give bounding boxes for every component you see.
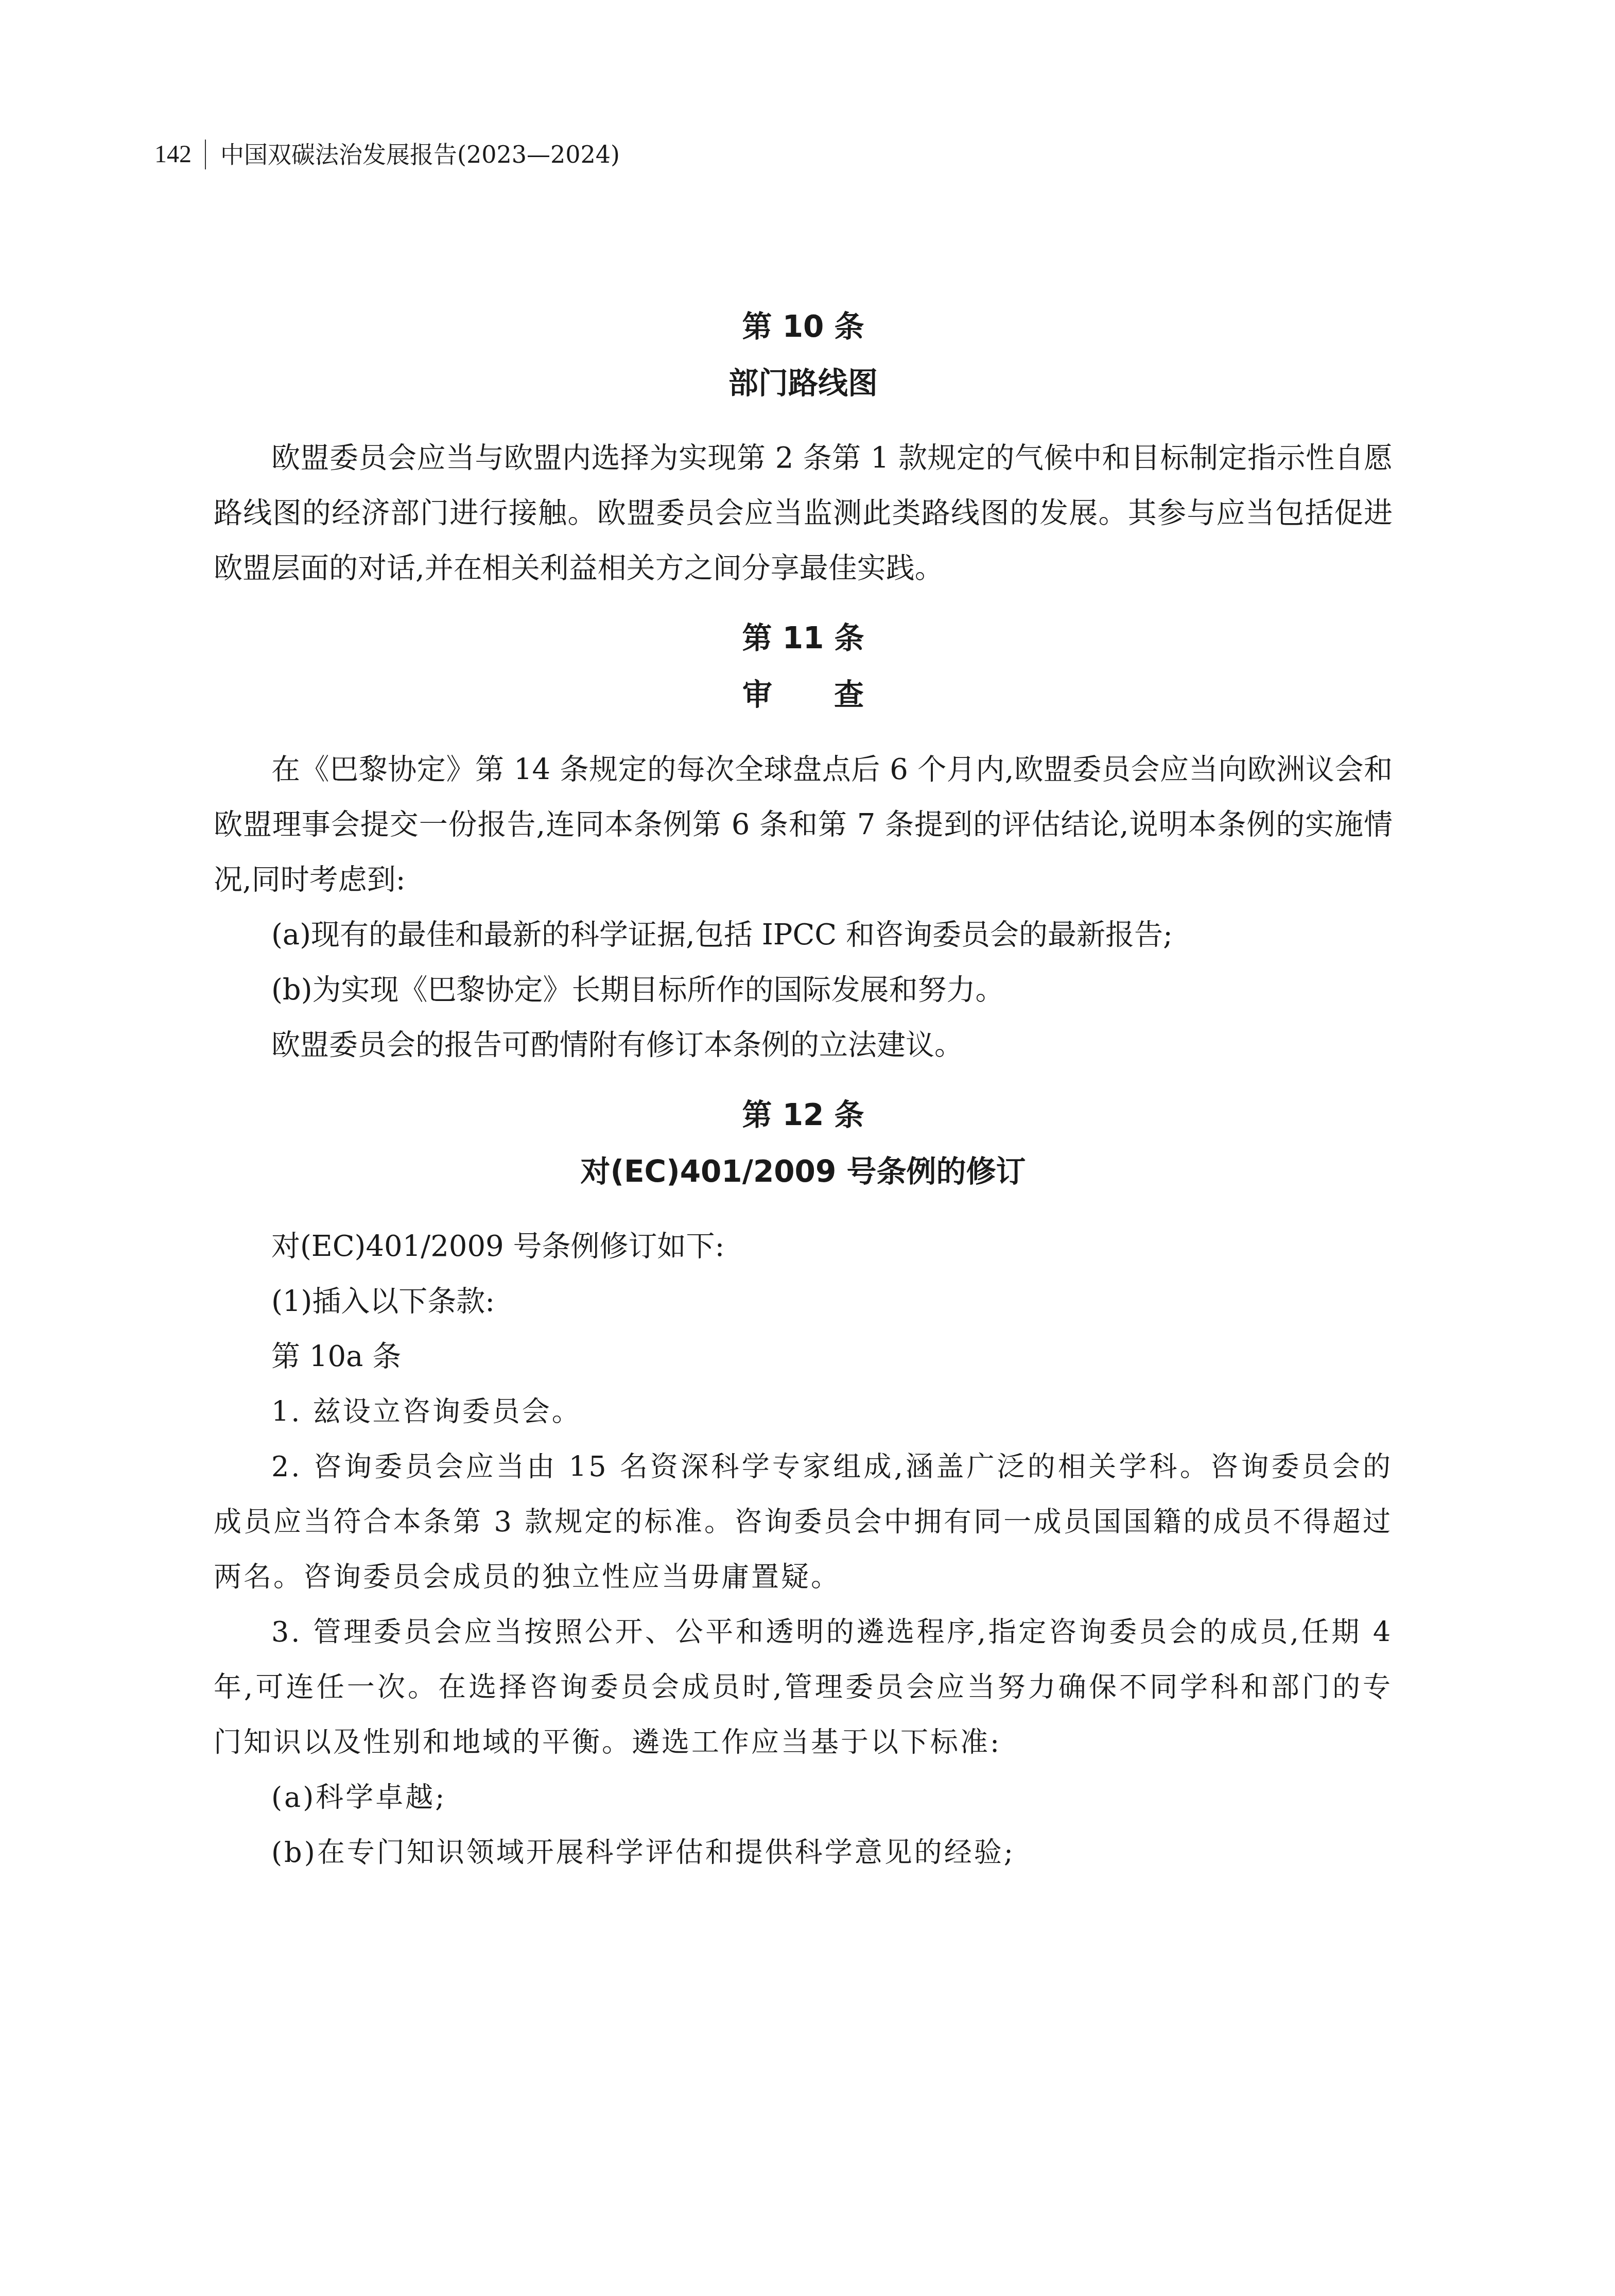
clause: 3. 管理委员会应当按照公开、公平和透明的遴选程序,指定咨询委员会的成员,任期 … (214, 1604, 1393, 1770)
clause: 1. 兹设立咨询委员会。 (214, 1384, 1393, 1439)
list-item: (b)为实现《巴黎协定》长期目标所作的国际发展和努力。 (214, 962, 1393, 1017)
paragraph: 欧盟委员会应当与欧盟内选择为实现第 2 条第 1 款规定的气候中和目标制定指示性… (214, 430, 1393, 596)
page-body: 第 10 条 部门路线图 欧盟委员会应当与欧盟内选择为实现第 2 条第 1 款规… (214, 309, 1393, 1880)
book-title: 中国双碳法治发展报告(2023—2024) (220, 139, 620, 170)
list-item: (a)科学卓越; (214, 1770, 1393, 1825)
list-item: (b)在专门知识领域开展科学评估和提供科学意见的经验; (214, 1825, 1393, 1880)
article-12: 第 12 条 对(EC)401/2009 号条例的修订 对(EC)401/200… (214, 1097, 1393, 1880)
page-number: 142 (154, 139, 192, 170)
list-item: (a)现有的最佳和最新的科学证据,包括 IPCC 和咨询委员会的最新报告; (214, 907, 1393, 962)
clause: 2. 咨询委员会应当由 15 名资深科学专家组成,涵盖广泛的相关学科。咨询委员会… (214, 1439, 1393, 1604)
paragraph: 对(EC)401/2009 号条例修订如下: (214, 1219, 1393, 1274)
article-title: 部门路线图 (214, 366, 1393, 401)
article-title: 审查 (214, 677, 1393, 712)
running-header: 142 中国双碳法治发展报告(2023—2024) (154, 139, 620, 170)
article-number: 第 12 条 (214, 1097, 1393, 1132)
subheading: 第 10a 条 (214, 1329, 1393, 1384)
header-divider (205, 140, 206, 169)
article-number: 第 11 条 (214, 620, 1393, 655)
article-title: 对(EC)401/2009 号条例的修订 (214, 1154, 1393, 1189)
article-10: 第 10 条 部门路线图 欧盟委员会应当与欧盟内选择为实现第 2 条第 1 款规… (214, 309, 1393, 596)
paragraph: 欧盟委员会的报告可酌情附有修订本条例的立法建议。 (214, 1017, 1393, 1073)
article-11: 第 11 条 审查 在《巴黎协定》第 14 条规定的每次全球盘点后 6 个月内,… (214, 620, 1393, 1073)
list-item: (1)插入以下条款: (214, 1274, 1393, 1329)
article-number: 第 10 条 (214, 309, 1393, 344)
paragraph: 在《巴黎协定》第 14 条规定的每次全球盘点后 6 个月内,欧盟委员会应当向欧洲… (214, 742, 1393, 907)
